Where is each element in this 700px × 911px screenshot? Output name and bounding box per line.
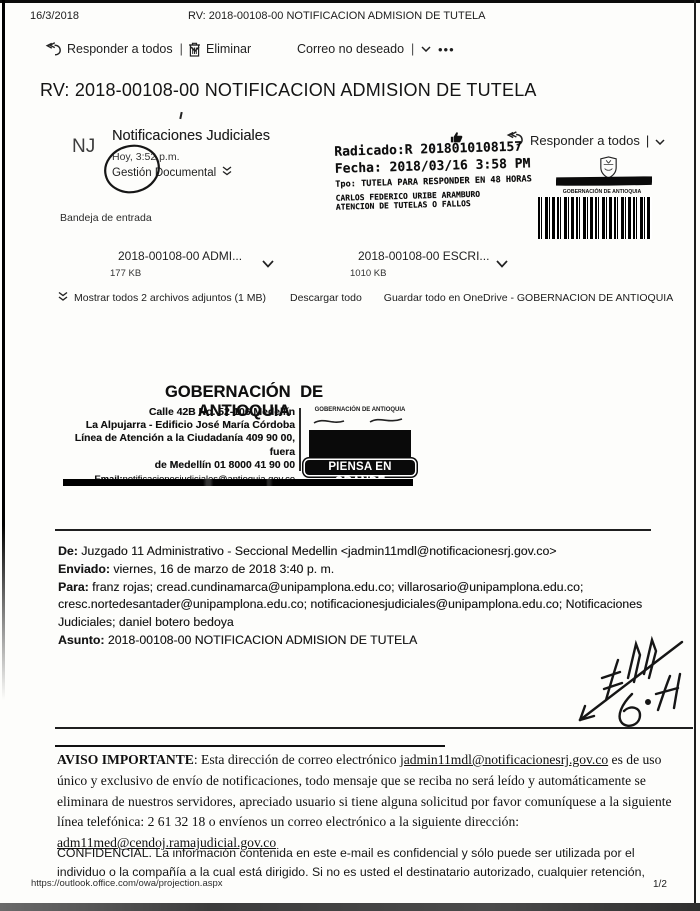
letterhead-divider xyxy=(299,408,301,471)
reply-all-label: Responder a todos xyxy=(67,42,173,56)
more-actions-button[interactable]: ••• xyxy=(438,40,455,58)
confidencial-paragraph: CONFIDENCIAL. La información contenida e… xyxy=(57,844,657,882)
divider: | xyxy=(411,42,414,56)
enviado-value: viernes, 16 de marzo de 2018 3:40 p. m. xyxy=(110,562,334,576)
message-subject: RV: 2018-00108-00 NOTIFICACION ADMISION … xyxy=(40,80,537,101)
separator-line-partial xyxy=(55,745,445,747)
chevron-down-icon[interactable] xyxy=(421,46,431,52)
junk-label: Correo no deseado xyxy=(297,42,404,56)
address-line: Línea de Atención a la Ciudadanía 409 90… xyxy=(58,432,295,458)
attachment-1-size: 177 KB xyxy=(110,268,141,279)
show-all-attachments-link[interactable]: Mostrar todos 2 archivos adjuntos (1 MB) xyxy=(74,292,266,304)
handwritten-note xyxy=(570,620,690,740)
separator-line xyxy=(55,529,651,531)
aviso-paragraph: AVISO IMPORTANTE: Esta dirección de corr… xyxy=(57,750,679,854)
aviso-label: AVISO IMPORTANTE xyxy=(57,752,194,767)
asunto-value: 2018-00108-00 NOTIFICACION ADMISION DE T… xyxy=(104,633,417,647)
letterhead-brand-caption: GOBERNACIÓN DE ANTIOQUIA xyxy=(305,407,415,413)
letterhead-address: Calle 42B No. 52-106 Medellín La Alpujar… xyxy=(58,406,295,485)
handdrawn-circle-annotation xyxy=(98,141,168,204)
delete-label: Eliminar xyxy=(206,42,251,56)
de-label: De: xyxy=(58,544,78,558)
attachment-2[interactable]: 2018-00108-00 ESCRI... xyxy=(358,249,489,263)
barcode xyxy=(538,197,652,239)
ink-mark xyxy=(179,112,182,119)
reply-all-button[interactable]: Responder a todos | xyxy=(45,40,200,58)
reply-all-label: Responder a todos xyxy=(530,133,640,148)
address-line: Calle 42B No. 52-106 Medellín xyxy=(58,406,295,419)
page-number: 1/2 xyxy=(653,879,667,890)
attachment-1-chevron-icon[interactable] xyxy=(262,255,274,273)
divider: | xyxy=(646,133,649,148)
letterhead-bottom-bar xyxy=(63,479,413,486)
footer-url: https://outlook.office.com/owa/projectio… xyxy=(31,878,223,889)
scanned-email-page: 16/3/2018 RV: 2018-00108-00 NOTIFICACION… xyxy=(0,0,700,911)
address-line: La Alpujarra - Edificio José María Córdo… xyxy=(58,419,295,432)
print-header-title: RV: 2018-00108-00 NOTIFICACION ADMISION … xyxy=(188,10,486,22)
attachment-actions: Mostrar todos 2 archivos adjuntos (1 MB)… xyxy=(58,291,673,305)
chevron-down-icon[interactable] xyxy=(655,133,665,148)
scan-edge-right xyxy=(694,0,696,911)
para-value: franz rojas; cread.cundinamarca@unipampl… xyxy=(58,580,642,630)
scan-edge-bottom xyxy=(0,903,700,911)
save-onedrive-link[interactable]: Guardar todo en OneDrive - GOBERNACION D… xyxy=(384,292,673,304)
double-chevron-down-icon[interactable] xyxy=(222,166,232,179)
de-value: Juzgado 11 Administrativo - Seccional Me… xyxy=(78,544,557,558)
scan-edge-left xyxy=(2,0,5,700)
header-de: De: Juzgado 11 Administrativo - Secciona… xyxy=(58,543,660,561)
aviso-text-1: : Esta dirección de correo electrónico xyxy=(194,752,400,767)
download-all-link[interactable]: Descargar todo xyxy=(290,292,362,304)
header-enviado: Enviado: viernes, 16 de marzo de 2018 3:… xyxy=(58,561,660,579)
trash-icon xyxy=(188,42,201,57)
email-link[interactable]: jadmin11mdl@notificacionesrj.gov.co xyxy=(400,752,608,767)
attachment-1[interactable]: 2018-00108-00 ADMI... xyxy=(118,249,242,263)
separator-line xyxy=(55,727,693,729)
sender-avatar: NJ xyxy=(72,136,95,158)
asunto-label: Asunto: xyxy=(58,633,104,647)
radicado-stamp: Radicado:R 2018010108157 Fecha: 2018/03/… xyxy=(334,140,532,212)
print-date: 16/3/2018 xyxy=(30,10,79,22)
attachment-2-size: 1010 KB xyxy=(350,268,386,279)
enviado-label: Enviado: xyxy=(58,562,110,576)
letterhead-slogan: PIENSA EN GRANDE xyxy=(305,460,415,475)
attachment-2-chevron-icon[interactable] xyxy=(496,255,508,273)
stamp-logo-caption: GOBERNACIÓN DE ANTIOQUIA xyxy=(550,189,654,195)
para-label: Para: xyxy=(58,580,89,594)
letterhead-logo-block xyxy=(309,430,411,457)
scan-edge-top xyxy=(0,0,700,3)
double-chevron-down-icon[interactable] xyxy=(58,291,68,305)
junk-button[interactable]: Correo no deseado | xyxy=(297,40,431,58)
delete-button[interactable]: Eliminar xyxy=(188,40,251,58)
reply-all-icon xyxy=(45,42,62,56)
divider: | xyxy=(180,42,183,56)
address-line: de Medellín 01 8000 41 90 00 xyxy=(58,459,295,472)
folder-label: Bandeja de entrada xyxy=(60,212,152,224)
